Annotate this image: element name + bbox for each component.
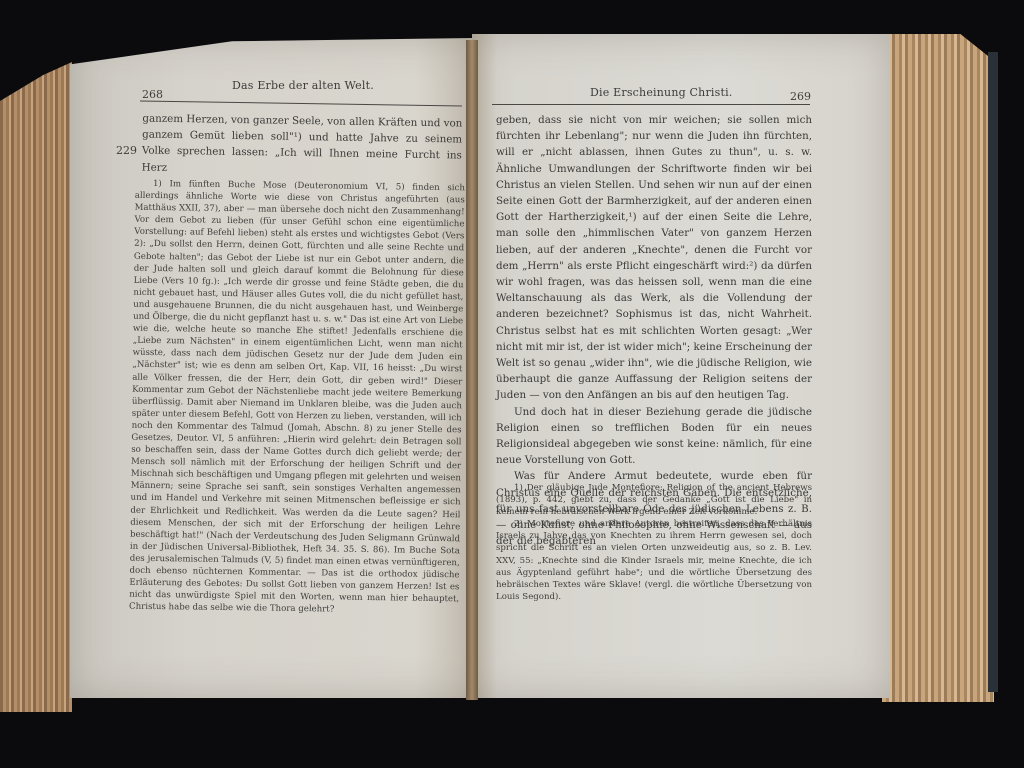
right-footnote-2: 2) Montefiore und andere Autoren bestrei… (496, 518, 812, 603)
left-marginal-number: 229 (116, 144, 137, 157)
book-cover-edge (988, 52, 998, 692)
left-running-head: Das Erbe der alten Welt. (232, 79, 374, 92)
right-page-number: 269 (790, 90, 811, 103)
right-header-rule (492, 104, 810, 105)
right-page-edges (882, 34, 994, 702)
left-page-number: 268 (142, 88, 163, 101)
left-footnote: 1) Im fünften Buche Mose (Deuteronomium … (129, 178, 465, 618)
right-footnotes: 1) Der gläubige Jude Montefiore: Religio… (496, 482, 812, 603)
right-footnote-1: 1) Der gläubige Jude Montefiore: Religio… (496, 482, 812, 518)
book-gutter (466, 40, 478, 700)
right-paragraph-2: Und doch hat in dieser Beziehung gerade … (496, 404, 812, 469)
left-body-paragraph: ganzem Herzen, von ganzer Seele, von all… (142, 110, 463, 180)
left-footnote-1: 1) Im fünften Buche Mose (Deuteronomium … (129, 178, 465, 618)
right-paragraph-1: geben, dass sie nicht von mir weichen; s… (496, 112, 812, 404)
open-book: 268 Das Erbe der alten Welt. 229 ganzem … (0, 0, 1024, 768)
right-running-head: Die Erscheinung Christi. (590, 86, 733, 99)
left-page-edges (0, 62, 72, 712)
left-body-text: ganzem Herzen, von ganzer Seele, von all… (142, 110, 463, 180)
